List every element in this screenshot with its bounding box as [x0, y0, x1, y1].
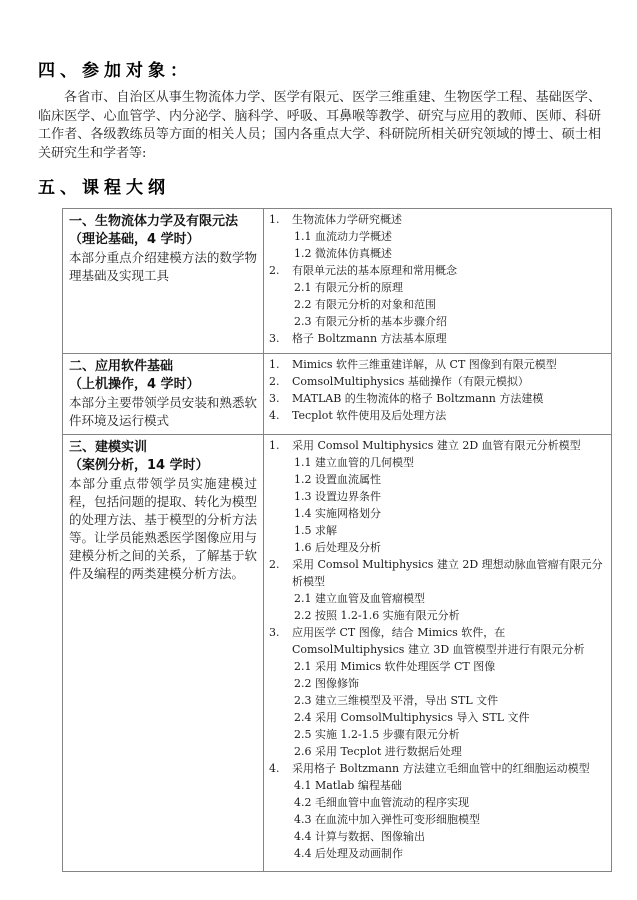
module-cell: 一、生物流体力学及有限元法（理论基础，4 学时）本部分重点介绍建模方法的数学物理…: [63, 209, 264, 354]
module-subtitle: （案例分析，14 学时）: [69, 457, 257, 475]
topic-subitem: 2.4 采用 ComsolMultiphysics 导入 STL 文件: [269, 709, 607, 726]
topic-subitem: 4.2 毛细血管中血管流动的程序实现: [269, 794, 607, 811]
module-title: 三、建模实训: [69, 439, 257, 457]
topic-number: 2.: [269, 556, 292, 590]
topic-item: 3.应用医学 CT 图像，结合 Mimics 软件，在 ComsolMultip…: [269, 624, 607, 658]
topic-subitem: 1.2 设置血流属性: [269, 471, 607, 488]
topic-subitem: 2.2 图像修饰: [269, 675, 607, 692]
topic-number: 3.: [269, 624, 292, 658]
topic-item: 2.采用 Comsol Multiphysics 建立 2D 理想动脉血管瘤有限…: [269, 556, 607, 590]
topics-cell: 1.生物流体力学研究概述1.1 血流动力学概述1.2 微流体仿真概述2.有限单元…: [264, 209, 612, 354]
topic-text: 采用 Comsol Multiphysics 建立 2D 血管有限元分析模型: [292, 437, 607, 454]
module-title: 一、生物流体力学及有限元法: [69, 213, 257, 231]
topic-subitem: 4.1 Matlab 编程基础: [269, 777, 607, 794]
topic-text: 格子 Boltzmann 方法基本原理: [292, 330, 607, 347]
document-page: 四、参加对象： 各省市、自治区从事生物流体力学、医学有限元、医学三维重建、生物医…: [0, 0, 637, 872]
topic-subitem: 1.1 建立血管的几何模型: [269, 454, 607, 471]
topic-text: Mimics 软件三维重建详解，从 CT 图像到有限元模型: [292, 356, 607, 373]
topic-subitem: 2.1 采用 Mimics 软件处理医学 CT 图像: [269, 658, 607, 675]
topic-subitem: 2.1 有限元分析的原理: [269, 279, 607, 296]
topic-subitem: 1.1 血流动力学概述: [269, 228, 607, 245]
topic-item: 1.生物流体力学研究概述: [269, 211, 607, 228]
outline-heading: 五、课程大纲: [38, 177, 601, 199]
topic-subitem: 1.3 设置边界条件: [269, 488, 607, 505]
topic-subitem: 2.3 有限元分析的基本步骤介绍: [269, 313, 607, 330]
topic-number: 1.: [269, 356, 292, 373]
topic-subitem: 1.5 求解: [269, 522, 607, 539]
topic-text: 采用格子 Boltzmann 方法建立毛细血管中的红细胞运动模型: [292, 760, 607, 777]
topic-subitem: 2.1 建立血管及血管瘤模型: [269, 590, 607, 607]
outline-table-body: 一、生物流体力学及有限元法（理论基础，4 学时）本部分重点介绍建模方法的数学物理…: [63, 209, 612, 872]
topic-number: 1.: [269, 437, 292, 454]
topic-number: 3.: [269, 390, 292, 407]
topic-text: MATLAB 的生物流体的格子 Boltzmann 方法建模: [292, 390, 607, 407]
topic-item: 1.采用 Comsol Multiphysics 建立 2D 血管有限元分析模型: [269, 437, 607, 454]
topic-subitem: 1.2 微流体仿真概述: [269, 245, 607, 262]
topic-subitem: 4.4 计算与数据、图像输出: [269, 828, 607, 845]
module-cell: 二、应用软件基础（上机操作，4 学时）本部分主要带领学员安装和熟悉软件环境及运行…: [63, 354, 264, 435]
topic-item: 4.Tecplot 软件使用及后处理方法: [269, 407, 607, 424]
topic-item: 3.MATLAB 的生物流体的格子 Boltzmann 方法建模: [269, 390, 607, 407]
topic-item: 3.格子 Boltzmann 方法基本原理: [269, 330, 607, 347]
topic-text: 生物流体力学研究概述: [292, 211, 607, 228]
module-description: 本部分重点带领学员实施建模过程，包括问题的提取、转化为模型的处理方法、基于模型的…: [69, 475, 257, 583]
module-subtitle: （上机操作，4 学时）: [69, 376, 257, 394]
topic-subitem: 4.4 后处理及动画制作: [269, 845, 607, 862]
topic-item: 4.采用格子 Boltzmann 方法建立毛细血管中的红细胞运动模型: [269, 760, 607, 777]
topic-subitem: 2.3 建立三维模型及平滑，导出 STL 文件: [269, 692, 607, 709]
topic-subitem: 2.2 按照 1.2-1.6 实施有限元分析: [269, 607, 607, 624]
topic-subitem: 4.3 在血流中加入弹性可变形细胞模型: [269, 811, 607, 828]
outline-row: 三、建模实训（案例分析，14 学时）本部分重点带领学员实施建模过程，包括问题的提…: [63, 435, 612, 872]
topic-number: 2.: [269, 373, 292, 390]
topic-item: 1.Mimics 软件三维重建详解，从 CT 图像到有限元模型: [269, 356, 607, 373]
topic-subitem: 1.4 实施网格划分: [269, 505, 607, 522]
outline-row: 一、生物流体力学及有限元法（理论基础，4 学时）本部分重点介绍建模方法的数学物理…: [63, 209, 612, 354]
topic-text: ComsolMultiphysics 基础操作（有限元模拟）: [292, 373, 607, 390]
module-title: 二、应用软件基础: [69, 358, 257, 376]
topic-item: 2.有限单元法的基本原理和常用概念: [269, 262, 607, 279]
participants-heading: 四、参加对象：: [38, 60, 601, 82]
module-description: 本部分重点介绍建模方法的数学物理基础及实现工具: [69, 249, 257, 285]
topic-number: 1.: [269, 211, 292, 228]
topic-text: 应用医学 CT 图像，结合 Mimics 软件，在 ComsolMultiphy…: [292, 624, 607, 658]
module-description: 本部分主要带领学员安装和熟悉软件环境及运行模式: [69, 394, 257, 430]
topic-number: 4.: [269, 407, 292, 424]
participants-paragraph: 各省市、自治区从事生物流体力学、医学有限元、医学三维重建、生物医学工程、基础医学…: [38, 89, 601, 163]
topic-item: 2.ComsolMultiphysics 基础操作（有限元模拟）: [269, 373, 607, 390]
topic-text: 采用 Comsol Multiphysics 建立 2D 理想动脉血管瘤有限元分…: [292, 556, 607, 590]
topic-text: 有限单元法的基本原理和常用概念: [292, 262, 607, 279]
outline-row: 二、应用软件基础（上机操作，4 学时）本部分主要带领学员安装和熟悉软件环境及运行…: [63, 354, 612, 435]
topic-number: 3.: [269, 330, 292, 347]
topic-subitem: 2.6 采用 Tecplot 进行数据后处理: [269, 743, 607, 760]
course-outline-table: 一、生物流体力学及有限元法（理论基础，4 学时）本部分重点介绍建模方法的数学物理…: [62, 208, 612, 872]
topics-cell: 1.Mimics 软件三维重建详解，从 CT 图像到有限元模型2.ComsolM…: [264, 354, 612, 435]
topics-cell: 1.采用 Comsol Multiphysics 建立 2D 血管有限元分析模型…: [264, 435, 612, 872]
topic-subitem: 2.2 有限元分析的对象和范围: [269, 296, 607, 313]
module-cell: 三、建模实训（案例分析，14 学时）本部分重点带领学员实施建模过程，包括问题的提…: [63, 435, 264, 872]
topic-number: 2.: [269, 262, 292, 279]
module-subtitle: （理论基础，4 学时）: [69, 231, 257, 249]
topic-subitem: 1.6 后处理及分析: [269, 539, 607, 556]
topic-number: 4.: [269, 760, 292, 777]
topic-text: Tecplot 软件使用及后处理方法: [292, 407, 607, 424]
topic-subitem: 2.5 实施 1.2-1.5 步骤有限元分析: [269, 726, 607, 743]
